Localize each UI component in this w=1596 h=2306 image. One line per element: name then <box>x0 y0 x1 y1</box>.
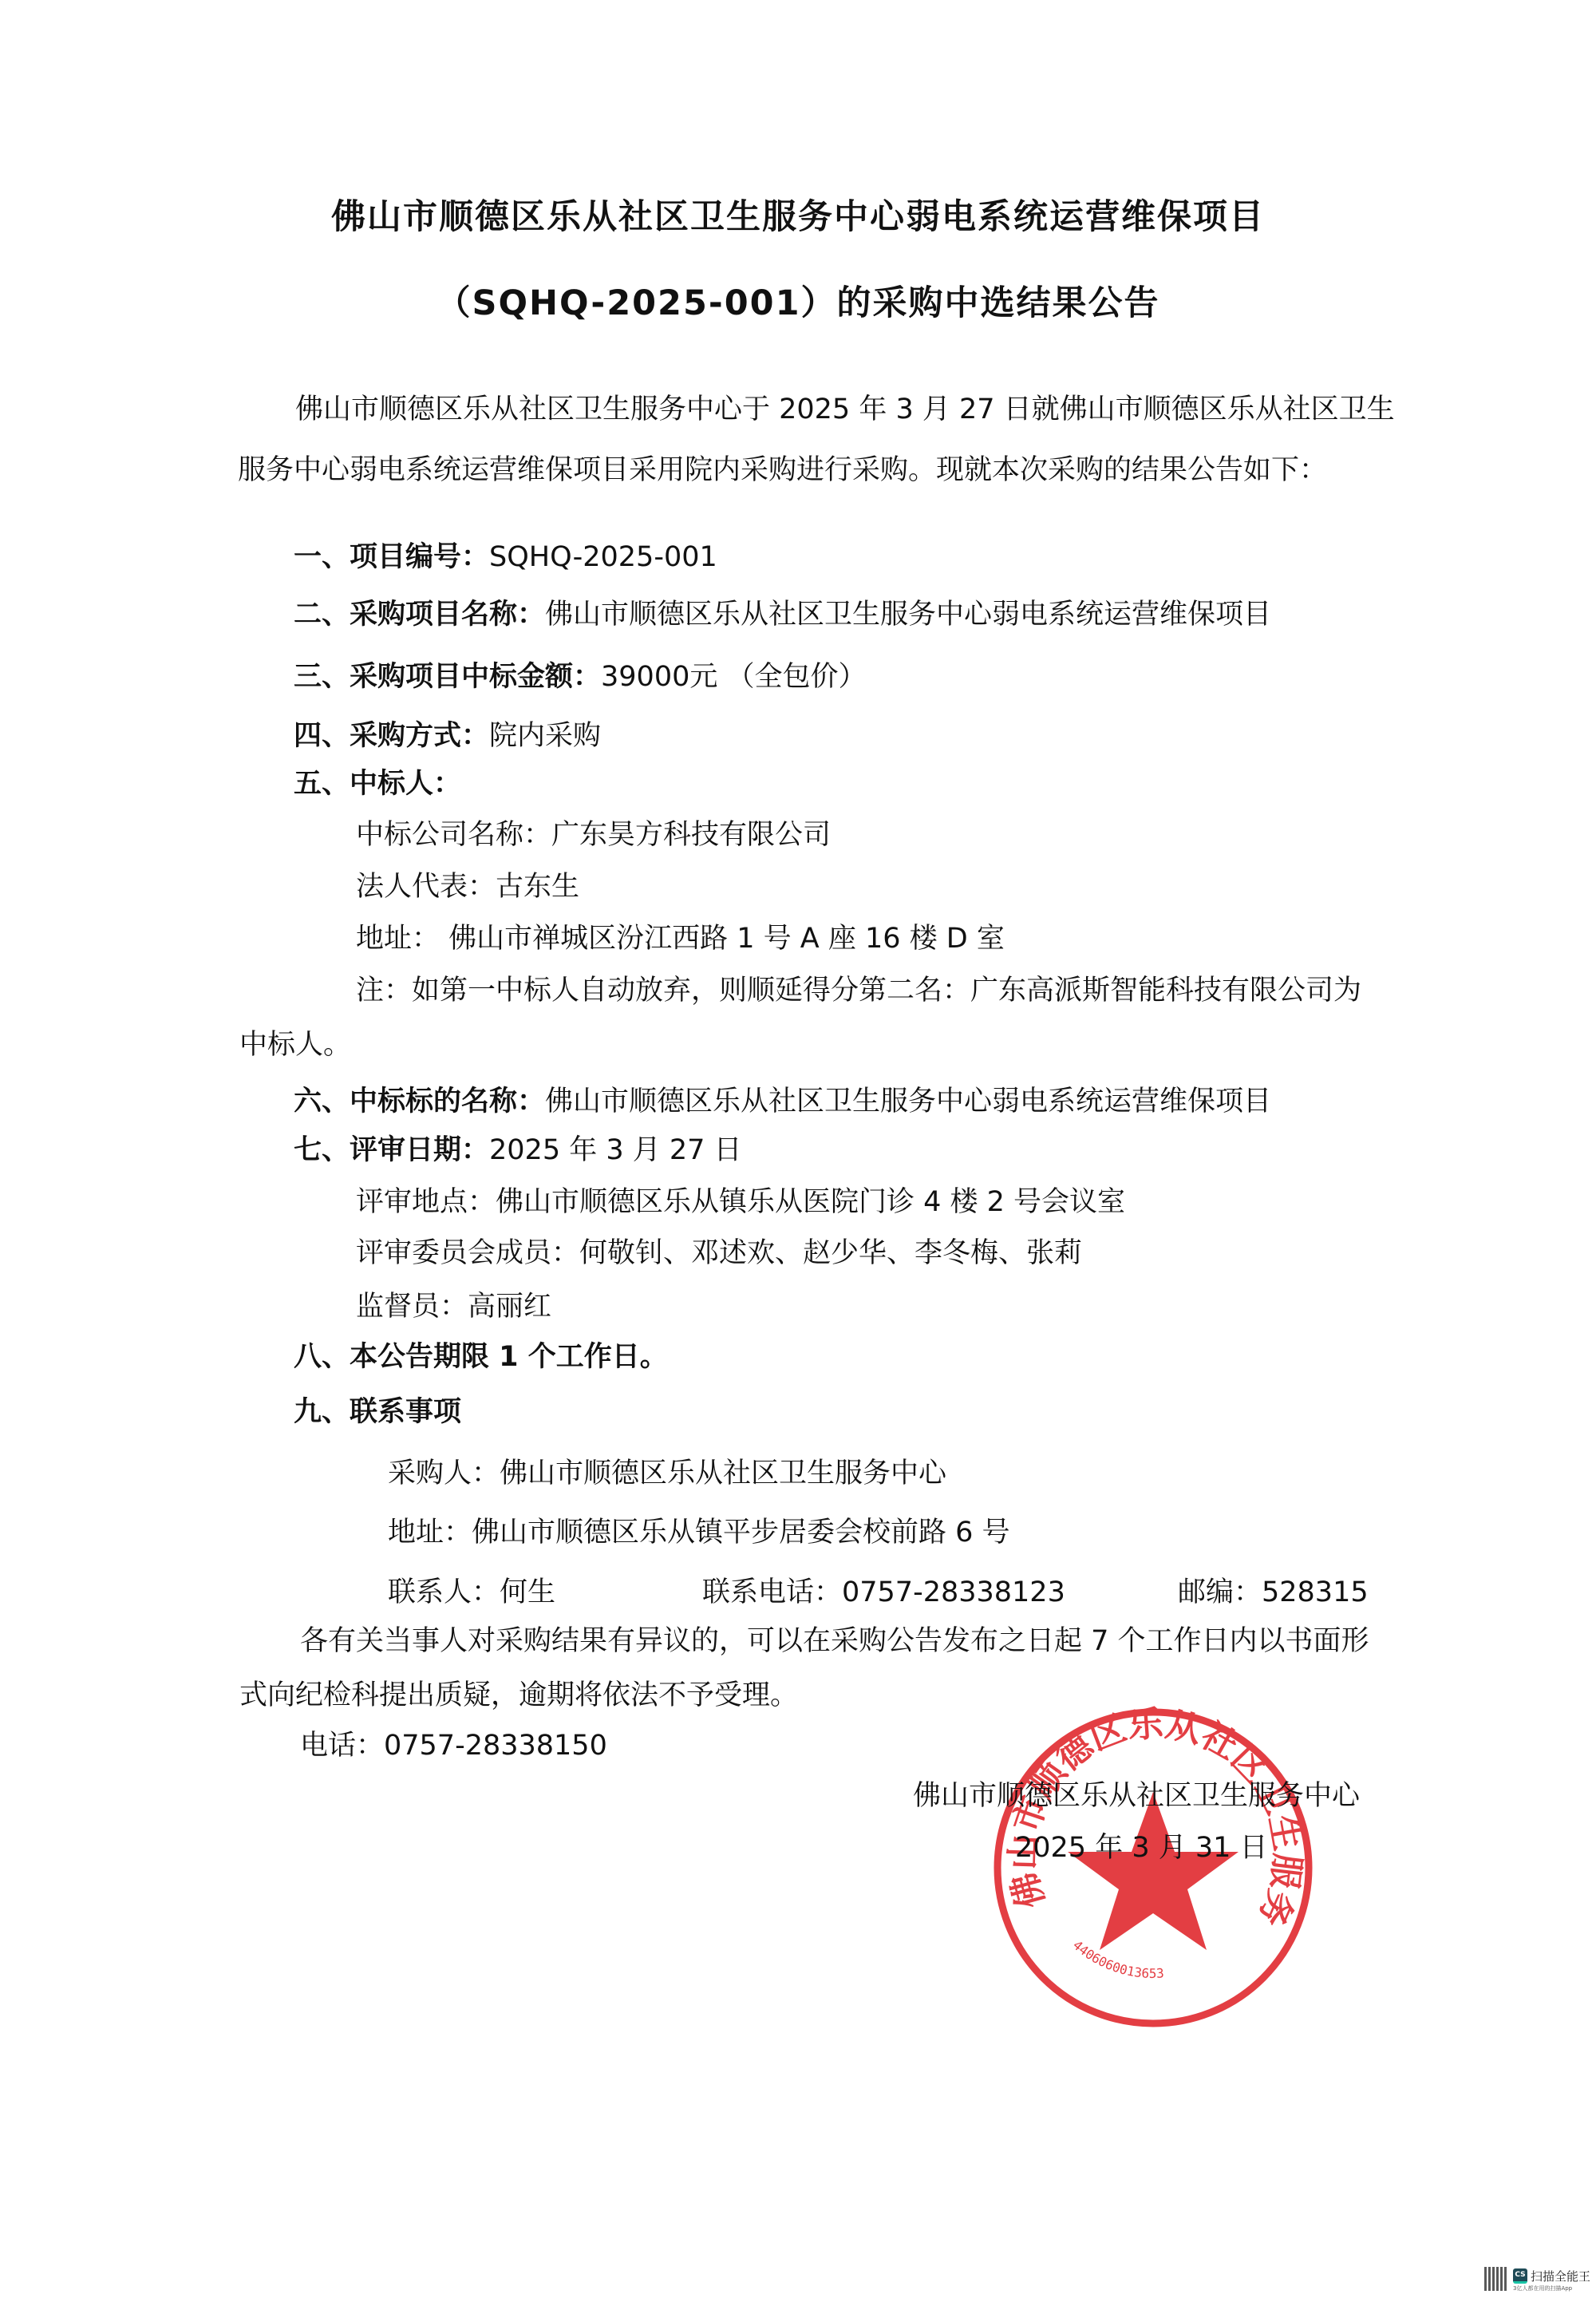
intro-line1: 佛山市顺德区乐从社区卫生服务中心于 2025 年 3 月 27 日就佛山市顺德区… <box>295 392 1395 427</box>
section-review-date: 七、评审日期：2025 年 3 月 27 日 <box>294 1133 742 1168</box>
section-label: 六、中标标的名称： <box>294 1086 545 1117</box>
svg-text:4406060013653: 4406060013653 <box>1070 1937 1164 1981</box>
postcode: 邮编：528315 <box>1178 1575 1369 1610</box>
signature-organization: 佛山市顺德区乐从社区卫生服务中心 <box>913 1778 1360 1814</box>
document-title-line1: 佛山市顺德区乐从社区卫生服务中心弱电系统运营维保项目 <box>0 195 1596 239</box>
section-notice-period: 八、本公告期限 1 个工作日。 <box>294 1339 668 1375</box>
review-location: 评审地点：佛山市顺德区乐从镇乐从医院门诊 4 楼 2 号会议室 <box>356 1185 1125 1220</box>
winning-company: 中标公司名称：广东昊方科技有限公司 <box>356 817 831 852</box>
document-title-line2: （SQHQ-2025-001）的采购中选结果公告 <box>0 281 1596 326</box>
contact-phone: 联系电话：0757-28338123 <box>702 1575 1065 1610</box>
subject-name: 佛山市顺德区乐从社区卫生服务中心弱电系统运营维保项目 <box>545 1086 1271 1117</box>
section-bid-amount: 三、采购项目中标金额：39000元 （全包价） <box>294 659 866 694</box>
complaint-phone: 电话：0757-28338150 <box>300 1728 607 1763</box>
section-winning-bidder: 五、中标人： <box>294 766 461 801</box>
note-line1: 注：如第一中标人自动放弃，则顺延得分第二名：广东高派斯智能科技有限公司为 <box>356 973 1361 1008</box>
camscanner-logo-icon: CS <box>1513 2268 1527 2284</box>
qr-code-icon <box>1484 2267 1508 2291</box>
note-line2: 中标人。 <box>239 1027 351 1062</box>
contact-person: 联系人：何生 <box>388 1575 555 1610</box>
seal-code: 4406060013653 <box>1070 1937 1164 1981</box>
signature-date: 2025 年 3 月 31 日 <box>1015 1830 1268 1865</box>
section-label: 三、采购项目中标金额： <box>294 661 601 693</box>
objection-line2: 式向纪检科提出质疑，逾期将依法不予受理。 <box>239 1678 798 1713</box>
official-seal-stamp: 佛山市顺德区乐从社区卫生服务中心 4406060013653 <box>990 1704 1317 2031</box>
section-contact: 九、联系事项 <box>294 1394 461 1430</box>
intro-line2: 服务中心弱电系统运营维保项目采用院内采购进行采购。现就本次采购的结果公告如下： <box>238 453 1327 488</box>
review-committee: 评审委员会成员：何敬钊、邓述欢、赵少华、李冬梅、张莉 <box>356 1236 1082 1271</box>
bid-amount: 39000元 （全包价） <box>601 661 866 693</box>
purchaser-address: 地址：佛山市顺德区乐从镇平步居委会校前路 6 号 <box>388 1515 1010 1550</box>
section-label: 七、评审日期： <box>294 1134 489 1166</box>
purchaser: 采购人：佛山市顺德区乐从社区卫生服务中心 <box>388 1456 946 1491</box>
winner-address: 地址： 佛山市禅城区汾江西路 1 号 A 座 16 楼 D 室 <box>356 921 1005 956</box>
section-procurement-method: 四、采购方式：院内采购 <box>294 718 601 754</box>
objection-line1: 各有关当事人对采购结果有异议的，可以在采购公告发布之日起 7 个工作日内以书面形 <box>300 1624 1369 1659</box>
section-project-number: 一、项目编号：SQHQ-2025-001 <box>294 540 717 575</box>
legal-representative: 法人代表：古东生 <box>356 869 579 904</box>
supervisor: 监督员：高丽红 <box>356 1289 551 1324</box>
procurement-method: 院内采购 <box>489 720 601 752</box>
project-number: SQHQ-2025-001 <box>489 541 717 573</box>
section-label: 一、项目编号： <box>294 541 489 573</box>
review-date: 2025 年 3 月 27 日 <box>489 1134 742 1166</box>
section-label: 二、采购项目名称： <box>294 599 545 631</box>
scanner-watermark: CS 扫描全能王 3亿人都在用的扫描App <box>1484 2265 1596 2297</box>
star-icon <box>1068 1792 1238 1950</box>
watermark-app-name: 扫描全能王 <box>1531 2268 1590 2284</box>
section-subject-name: 六、中标标的名称：佛山市顺德区乐从社区卫生服务中心弱电系统运营维保项目 <box>294 1084 1271 1119</box>
watermark-tagline: 3亿人都在用的扫描App <box>1513 2284 1572 2292</box>
project-name: 佛山市顺德区乐从社区卫生服务中心弱电系统运营维保项目 <box>545 599 1271 631</box>
section-project-name: 二、采购项目名称：佛山市顺德区乐从社区卫生服务中心弱电系统运营维保项目 <box>294 597 1271 632</box>
section-label: 四、采购方式： <box>294 720 489 752</box>
